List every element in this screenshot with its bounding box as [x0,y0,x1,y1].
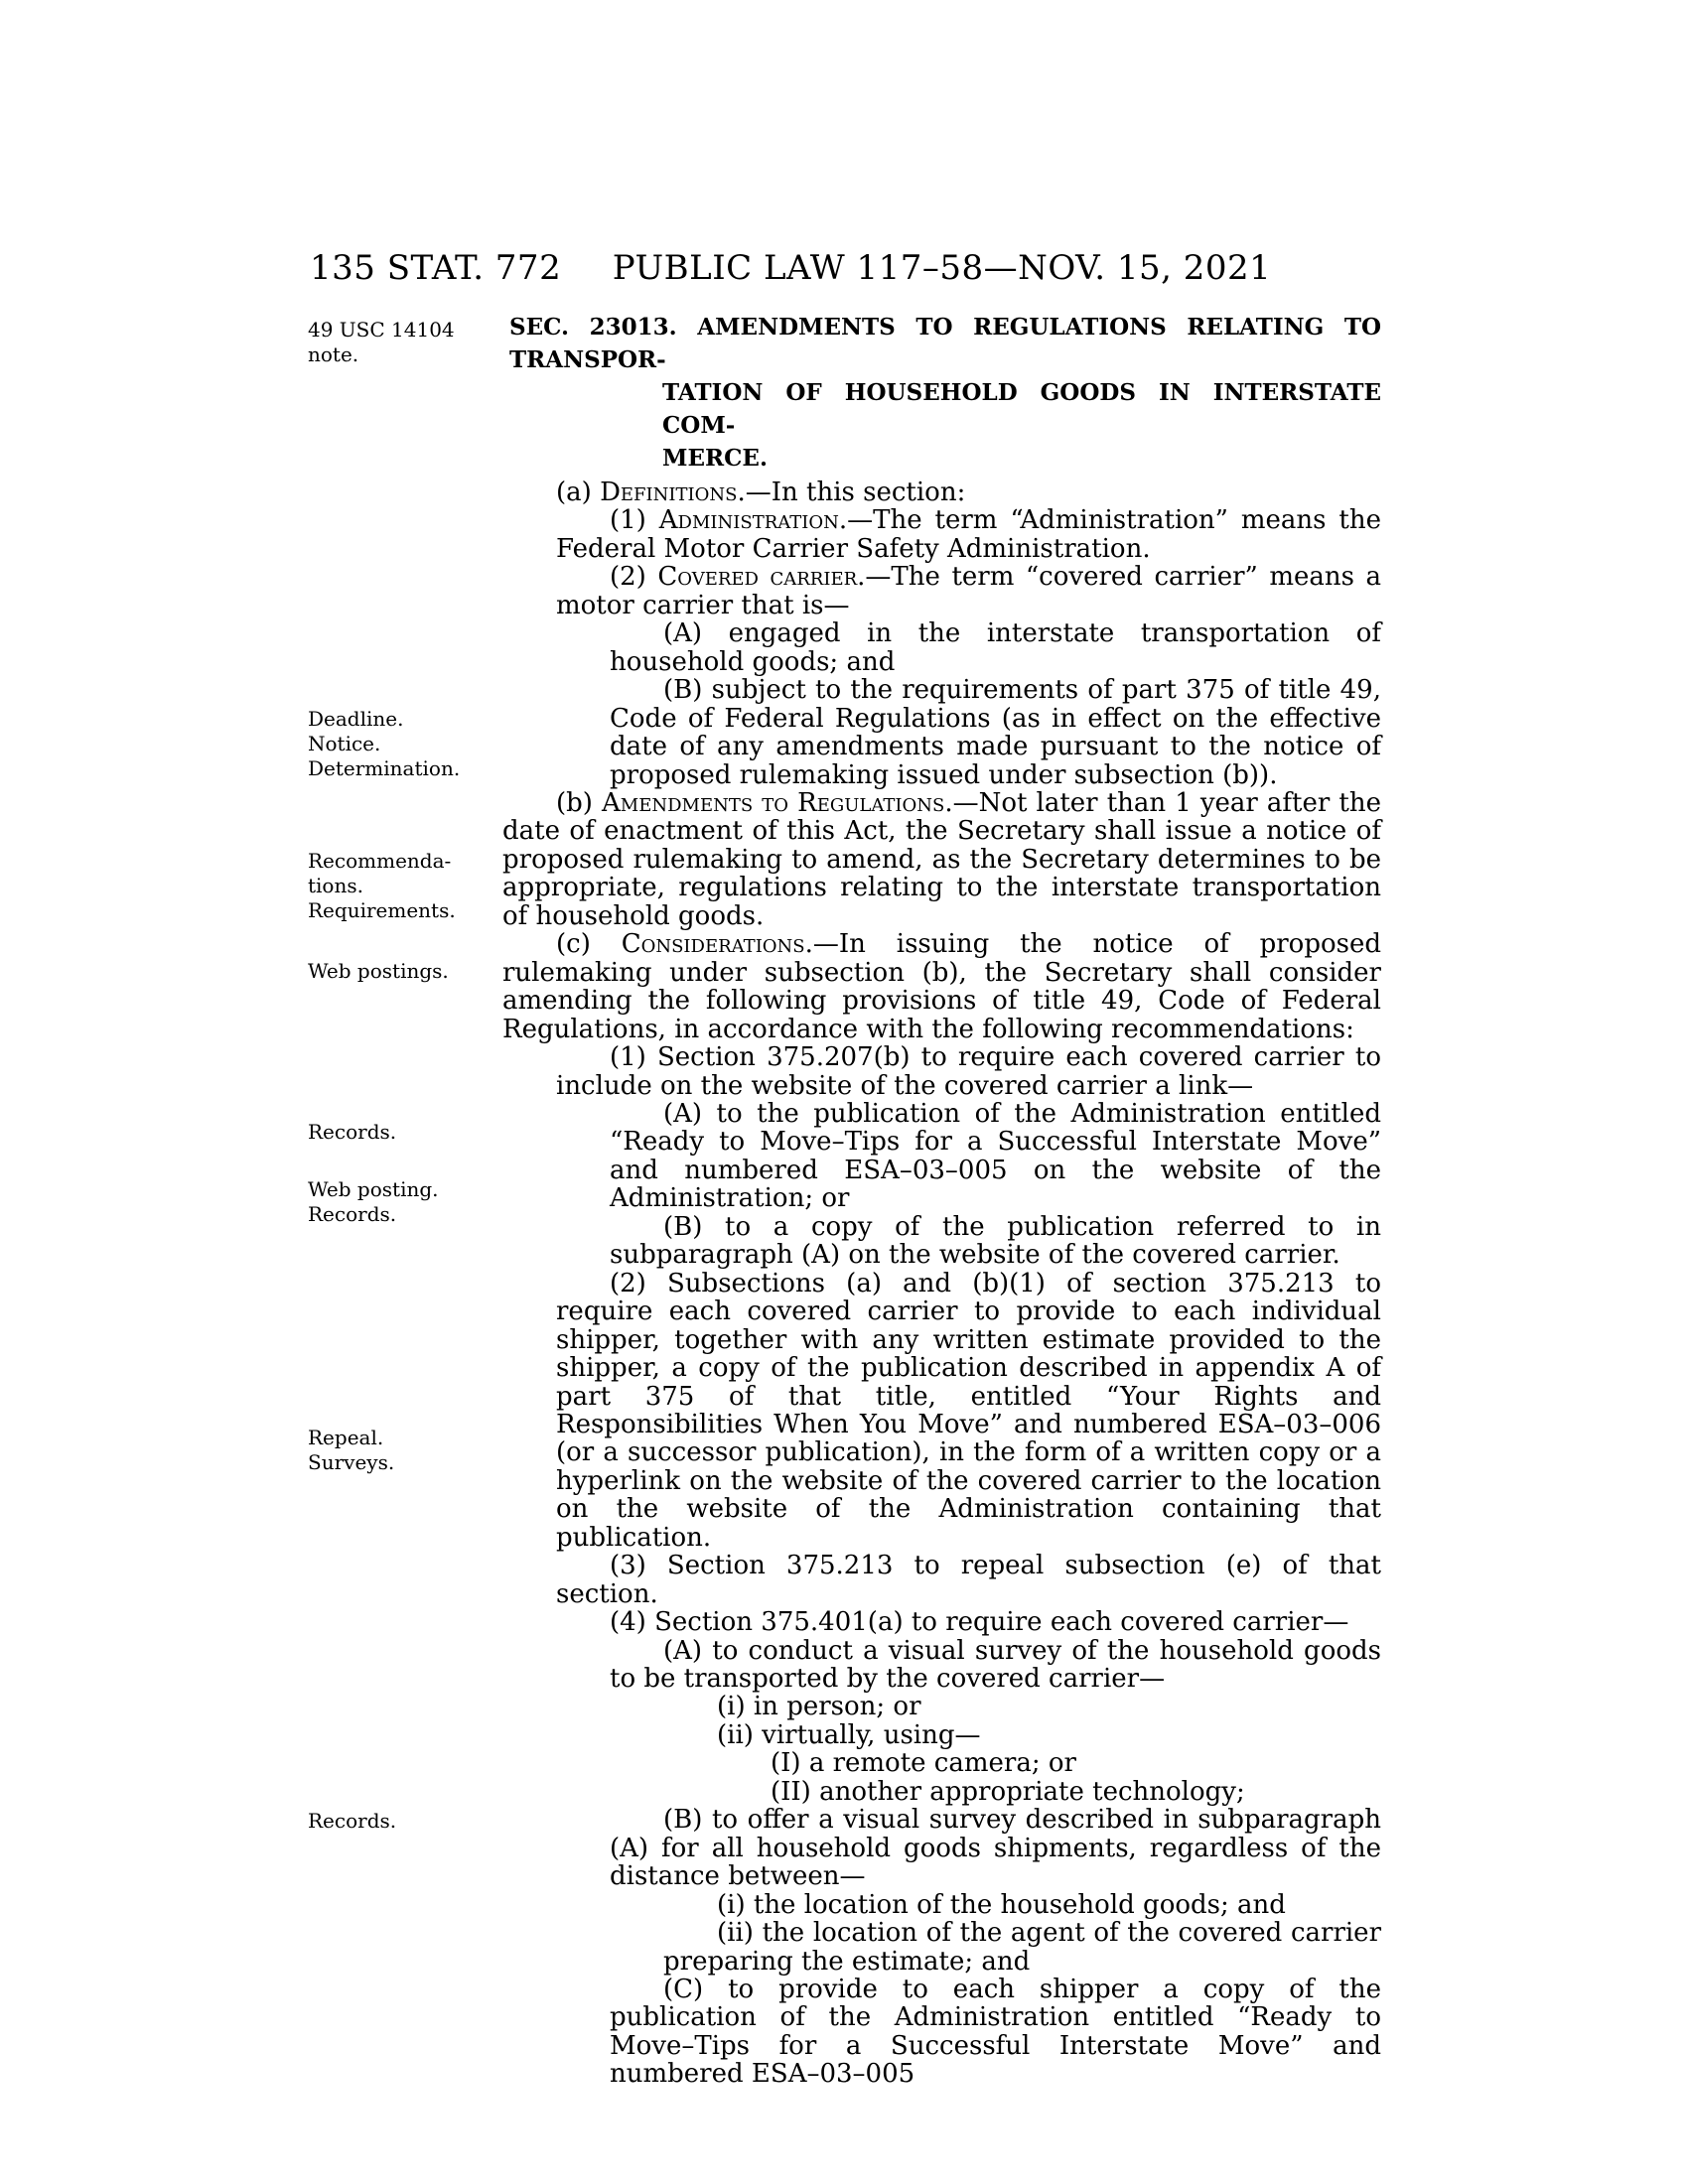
small-caps-term: Amendments to Regulations [602,788,944,818]
statute-text-column: SEC. 23013. AMENDMENTS TO REGULATIONS RE… [502,311,1381,2089]
statute-paragraph: (ii) virtually, using— [502,1721,1381,1749]
statute-paragraph: (c) Considerations.—In issuing the notic… [502,930,1381,1043]
section-body: (a) Definitions.—In this section:(1) Adm… [502,478,1381,2089]
margin-note: Records. [308,1809,496,1834]
margin-note: Web postings. [308,959,496,984]
statute-paragraph: (A) to conduct a visual survey of the ho… [502,1637,1381,1694]
small-caps-term: Definitions [600,478,737,507]
statute-paragraph: (i) the location of the household goods;… [502,1891,1381,1919]
small-caps-term: Covered carrier [657,562,857,592]
statute-paragraph: (1) Administration.—The term “Administra… [502,506,1381,563]
statute-paragraph: (ii) the location of the agent of the co… [502,1919,1381,1976]
public-law-citation: PUBLIC LAW 117–58—NOV. 15, 2021 [502,248,1381,288]
section-heading-line: SEC. 23013. AMENDMENTS TO REGULATIONS RE… [509,311,1381,376]
small-caps-term: Considerations [622,929,805,959]
small-caps-term: Administration [659,505,839,535]
statute-paragraph: (A) engaged in the interstate transporta… [502,619,1381,676]
statute-paragraph: (2) Subsections (a) and (b)(1) of sectio… [502,1270,1381,1553]
statute-paragraph: (1) Section 375.207(b) to require each c… [502,1043,1381,1100]
statute-paragraph: (B) subject to the requirements of part … [502,676,1381,789]
statute-paragraph: (B) to a copy of the publication referre… [502,1213,1381,1270]
statute-paragraph: (II) another appropriate technology; [502,1778,1381,1806]
running-head: 135 STAT. 772 PUBLIC LAW 117–58—NOV. 15,… [0,248,1688,292]
statute-paragraph: (2) Covered carrier.—The term “covered c… [502,563,1381,619]
statute-page: 135 STAT. 772 PUBLIC LAW 117–58—NOV. 15,… [0,0,1688,2184]
statute-paragraph: (b) Amendments to Regulations.—Not later… [502,789,1381,930]
section-heading-line: TATION OF HOUSEHOLD GOODS IN INTERSTATE … [662,376,1381,442]
statute-paragraph: (C) to provide to each shipper a copy of… [502,1976,1381,2089]
margin-note: Repeal. Surveys. [308,1426,496,1475]
statute-paragraph: (a) Definitions.—In this section: [502,478,1381,506]
section-heading-line: MERCE. [662,442,1381,475]
statute-paragraph: (B) to offer a visual survey described i… [502,1806,1381,1890]
section-heading: SEC. 23013. AMENDMENTS TO REGULATIONS RE… [502,311,1381,475]
margin-note: Web posting. Records. [308,1177,496,1227]
margin-note: 49 USC 14104 note. [308,318,496,367]
margin-note: Recommenda- tions. Requirements. [308,849,496,923]
statute-paragraph: (3) Section 375.213 to repeal subsection… [502,1552,1381,1608]
statute-paragraph: (I) a remote camera; or [502,1749,1381,1777]
statute-paragraph: (A) to the publication of the Administra… [502,1100,1381,1213]
statute-paragraph: (i) in person; or [502,1693,1381,1720]
statute-paragraph: (4) Section 375.401(a) to require each c… [502,1608,1381,1636]
margin-note: Records. [308,1120,496,1145]
margin-note: Deadline. Notice. Determination. [308,707,496,781]
